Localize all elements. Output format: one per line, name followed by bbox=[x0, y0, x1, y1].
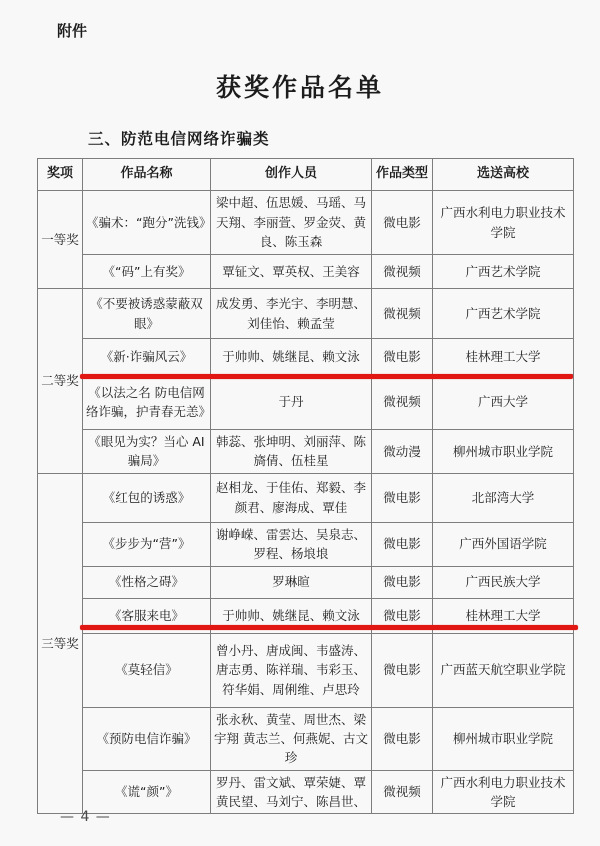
table-row: 《“码”上有奖》 覃钲文、覃英权、王美容 微视频 广西艺术学院 bbox=[38, 255, 574, 289]
table-row: 一等奖 《骗术：“跑分”洗钱》 梁中超、伍思媛、马瑶、马天翔、李丽萱、罗金荧、黄… bbox=[38, 191, 574, 255]
award-group-label-third: 三等奖 bbox=[38, 473, 83, 814]
table-row: 《以法之名 防电信网络诈骗，护青春无恙》 于丹 微视频 广西大学 bbox=[38, 375, 574, 430]
document-title: 获奖作品名单 bbox=[0, 68, 600, 104]
school-cell: 桂林理工大学 bbox=[433, 339, 574, 375]
work-type-cell: 微视频 bbox=[372, 770, 433, 814]
table-row: 《预防电信诈骗》 张永秋、黄莹、周世杰、梁宇翔 黄志兰、何燕妮、古文珍 微电影 … bbox=[38, 707, 574, 770]
work-type-cell: 微视频 bbox=[372, 255, 433, 289]
work-title-cell: 《预防电信诈骗》 bbox=[83, 707, 211, 770]
creators-cell: 罗丹、雷文斌、覃荣婕、覃黄民望、马刘宁、陈昌世、 bbox=[211, 770, 372, 814]
header-cell-school: 选送高校 bbox=[433, 159, 574, 191]
work-type-cell: 微视频 bbox=[372, 289, 433, 339]
creators-cell: 韩蕊、张坤明、刘丽萍、陈旖倩、伍桂星 bbox=[211, 430, 372, 474]
awards-table: 奖项 作品名称 创作人员 作品类型 选送高校 一等奖 《骗术：“跑分”洗钱》 梁… bbox=[37, 158, 574, 814]
section-heading: 三、防范电信网络诈骗类 bbox=[88, 127, 270, 149]
work-title-cell: 《谎“颜”》 bbox=[83, 770, 211, 814]
school-cell: 广西民族大学 bbox=[433, 566, 574, 598]
work-type-cell: 微动漫 bbox=[372, 430, 433, 474]
school-cell: 柳州城市职业学院 bbox=[433, 707, 574, 770]
school-cell: 广西蓝天航空职业学院 bbox=[433, 633, 574, 707]
work-title-cell: 《以法之名 防电信网络诈骗，护青春无恙》 bbox=[83, 375, 211, 430]
page-number: — 4 — bbox=[60, 809, 111, 825]
work-title-cell: 《步步为“营”》 bbox=[83, 522, 211, 566]
work-title-cell: 《性格之碍》 bbox=[83, 566, 211, 598]
work-type-cell: 微电影 bbox=[372, 473, 433, 522]
creators-cell: 梁中超、伍思媛、马瑶、马天翔、李丽萱、罗金荧、黄良、陈玉森 bbox=[211, 191, 372, 255]
header-cell-title: 作品名称 bbox=[83, 159, 211, 191]
red-highlight-line-1 bbox=[80, 374, 573, 379]
creators-cell: 于丹 bbox=[211, 375, 372, 430]
creators-cell: 张永秋、黄莹、周世杰、梁宇翔 黄志兰、何燕妮、古文珍 bbox=[211, 707, 372, 770]
table-row: 二等奖 《不要被诱惑蒙蔽双眼》 成发勇、李光宇、李明慧、刘佳怡、赖孟莹 微视频 … bbox=[38, 289, 574, 339]
school-cell: 广西大学 bbox=[433, 375, 574, 430]
creators-cell: 曾小丹、唐成闽、韦盛涛、唐志勇、陈祥瑞、韦彩玉、符华娟、周俐维、卢思玲 bbox=[211, 633, 372, 707]
work-type-cell: 微电影 bbox=[372, 522, 433, 566]
table-row: 《谎“颜”》 罗丹、雷文斌、覃荣婕、覃黄民望、马刘宁、陈昌世、 微视频 广西水利… bbox=[38, 770, 574, 814]
work-title-cell: 《眼见为实？当心 AI 骗局》 bbox=[83, 430, 211, 474]
creators-cell: 成发勇、李光宇、李明慧、刘佳怡、赖孟莹 bbox=[211, 289, 372, 339]
school-cell: 广西艺术学院 bbox=[433, 289, 574, 339]
work-type-cell: 微电影 bbox=[372, 339, 433, 375]
work-title-cell: 《“码”上有奖》 bbox=[83, 255, 211, 289]
header-cell-type: 作品类型 bbox=[372, 159, 433, 191]
table-row: 三等奖 《红包的诱惑》 赵相龙、于佳佑、郑毅、李颜君、廖海成、覃佳 微电影 北部… bbox=[38, 473, 574, 522]
attachment-label: 附件 bbox=[57, 20, 87, 41]
award-group-label-first: 一等奖 bbox=[38, 191, 83, 289]
work-type-cell: 微视频 bbox=[372, 375, 433, 430]
work-title-cell: 《不要被诱惑蒙蔽双眼》 bbox=[83, 289, 211, 339]
work-type-cell: 微电影 bbox=[372, 633, 433, 707]
table-header-row: 奖项 作品名称 创作人员 作品类型 选送高校 bbox=[38, 159, 574, 191]
table-row: 《莫轻信》 曾小丹、唐成闽、韦盛涛、唐志勇、陈祥瑞、韦彩玉、符华娟、周俐维、卢思… bbox=[38, 633, 574, 707]
work-title-cell: 《莫轻信》 bbox=[83, 633, 211, 707]
creators-cell: 谢峥嵘、雷雲达、吴泉志、罗程、杨埌埌 bbox=[211, 522, 372, 566]
school-cell: 广西水利电力职业技术学院 bbox=[433, 770, 574, 814]
school-cell: 北部湾大学 bbox=[433, 473, 574, 522]
school-cell: 广西水利电力职业技术学院 bbox=[433, 191, 574, 255]
document-page: 附件 获奖作品名单 三、防范电信网络诈骗类 奖项 作品名称 创作人员 作品类型 … bbox=[0, 0, 600, 846]
work-title-cell: 《红包的诱惑》 bbox=[83, 473, 211, 522]
table-row: 《眼见为实？当心 AI 骗局》 韩蕊、张坤明、刘丽萍、陈旖倩、伍桂星 微动漫 柳… bbox=[38, 430, 574, 474]
work-title-cell: 《骗术：“跑分”洗钱》 bbox=[83, 191, 211, 255]
creators-cell: 于帅帅、姚继昆、赖文泳 bbox=[211, 339, 372, 375]
work-type-cell: 微电影 bbox=[372, 191, 433, 255]
work-title-cell: 《新·诈骗风云》 bbox=[83, 339, 211, 375]
creators-cell: 罗琳暄 bbox=[211, 566, 372, 598]
award-group-label-second: 二等奖 bbox=[38, 289, 83, 474]
table-row: 《步步为“营”》 谢峥嵘、雷雲达、吴泉志、罗程、杨埌埌 微电影 广西外国语学院 bbox=[38, 522, 574, 566]
school-cell: 广西外国语学院 bbox=[433, 522, 574, 566]
work-type-cell: 微电影 bbox=[372, 707, 433, 770]
creators-cell: 赵相龙、于佳佑、郑毅、李颜君、廖海成、覃佳 bbox=[211, 473, 372, 522]
header-cell-creators: 创作人员 bbox=[211, 159, 372, 191]
school-cell: 广西艺术学院 bbox=[433, 255, 574, 289]
work-type-cell: 微电影 bbox=[372, 566, 433, 598]
table-row: 《性格之碍》 罗琳暄 微电影 广西民族大学 bbox=[38, 566, 574, 598]
creators-cell: 覃钲文、覃英权、王美容 bbox=[211, 255, 372, 289]
red-highlight-line-2 bbox=[80, 625, 578, 630]
school-cell: 柳州城市职业学院 bbox=[433, 430, 574, 474]
table-row-highlighted: 《新·诈骗风云》 于帅帅、姚继昆、赖文泳 微电影 桂林理工大学 bbox=[38, 339, 574, 375]
header-cell-award: 奖项 bbox=[38, 159, 83, 191]
